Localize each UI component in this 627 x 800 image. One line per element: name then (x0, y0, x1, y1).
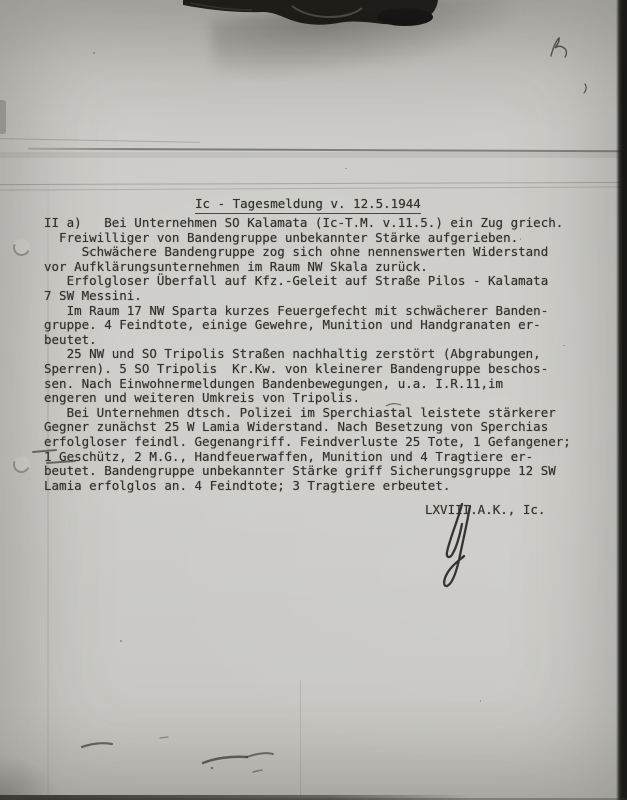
document-title: Ic - Tagesmeldung v. 12.5.1944 (195, 197, 421, 214)
document-line: Bei Unternehmen dtsch. Polizei im Sperch… (44, 406, 571, 421)
document-line: Gegner zunächst 25 W Lamia Widerstand. N… (44, 420, 571, 435)
fold-crease (0, 182, 627, 185)
document-line: Sperren). 5 SO Tripolis Kr.Kw. von klein… (44, 362, 571, 377)
document-signoff: LXVIII.A.K., Ic. (425, 503, 545, 518)
dust-speck (480, 700, 481, 702)
film-edge-right (616, 0, 627, 800)
scanned-document-photo: Ic - Tagesmeldung v. 12.5.1944 II a) Bei… (0, 0, 627, 800)
dust-speck (345, 168, 347, 169)
binder-clamp-shadow (209, 0, 519, 84)
document-line: beutet. (44, 333, 571, 348)
document-line: engeren und weiteren Umkreis von Tripoli… (44, 391, 571, 406)
corner-shadow (0, 754, 60, 800)
document-line: 7 SW Messini. (44, 289, 571, 304)
fold-crease (28, 148, 627, 153)
punch-hole (11, 454, 33, 476)
dust-speck (563, 345, 565, 346)
punch-hole (11, 237, 33, 259)
document-line: Im Raum 17 NW Sparta kurzes Feuergefecht… (44, 304, 571, 319)
document-line: sen. Nach Einwohnermeldungen Bandenbeweg… (44, 377, 571, 392)
dust-speck (93, 52, 95, 54)
dust-speck (120, 640, 122, 642)
document-line: Lamia erfolglos an. 4 Feindtote; 3 Tragt… (44, 479, 571, 494)
vertical-crease (300, 680, 301, 800)
document-line: Schwächere Bandengruppe zog sich ohne ne… (44, 245, 571, 260)
document-line: Freiwilliger von Bandengruppe unbekannte… (44, 231, 571, 246)
left-edge-mark (0, 100, 6, 134)
fold-crease (0, 138, 200, 143)
document-line: Erfolgloser Überfall auf Kfz.-Geleit auf… (44, 274, 571, 289)
fold-crease (0, 152, 627, 158)
handwritten-r-mark (551, 38, 586, 93)
document-line: beutet. Bandengruppe unbekannter Stärke … (44, 464, 571, 479)
fold-crease (0, 186, 627, 190)
document-body: II a) Bei Unternehmen SO Kalamata (Ic-T.… (44, 216, 571, 493)
document-line: erfolgloser feindl. Gegenangriff. Feindv… (44, 435, 571, 450)
document-line: II a) Bei Unternehmen SO Kalamata (Ic-T.… (44, 216, 571, 231)
dust-speck (88, 251, 90, 253)
dust-speck (520, 238, 521, 240)
document-line: 25 NW und SO Tripolis Straßen nachhaltig… (44, 347, 571, 362)
document-line: 1 Geschütz, 2 M.G., Handfeuerwaffen, Mun… (44, 450, 571, 465)
document-line: gruppe. 4 Feindtote, einige Gewehre, Mun… (44, 318, 571, 333)
smudge-marks (82, 737, 273, 772)
